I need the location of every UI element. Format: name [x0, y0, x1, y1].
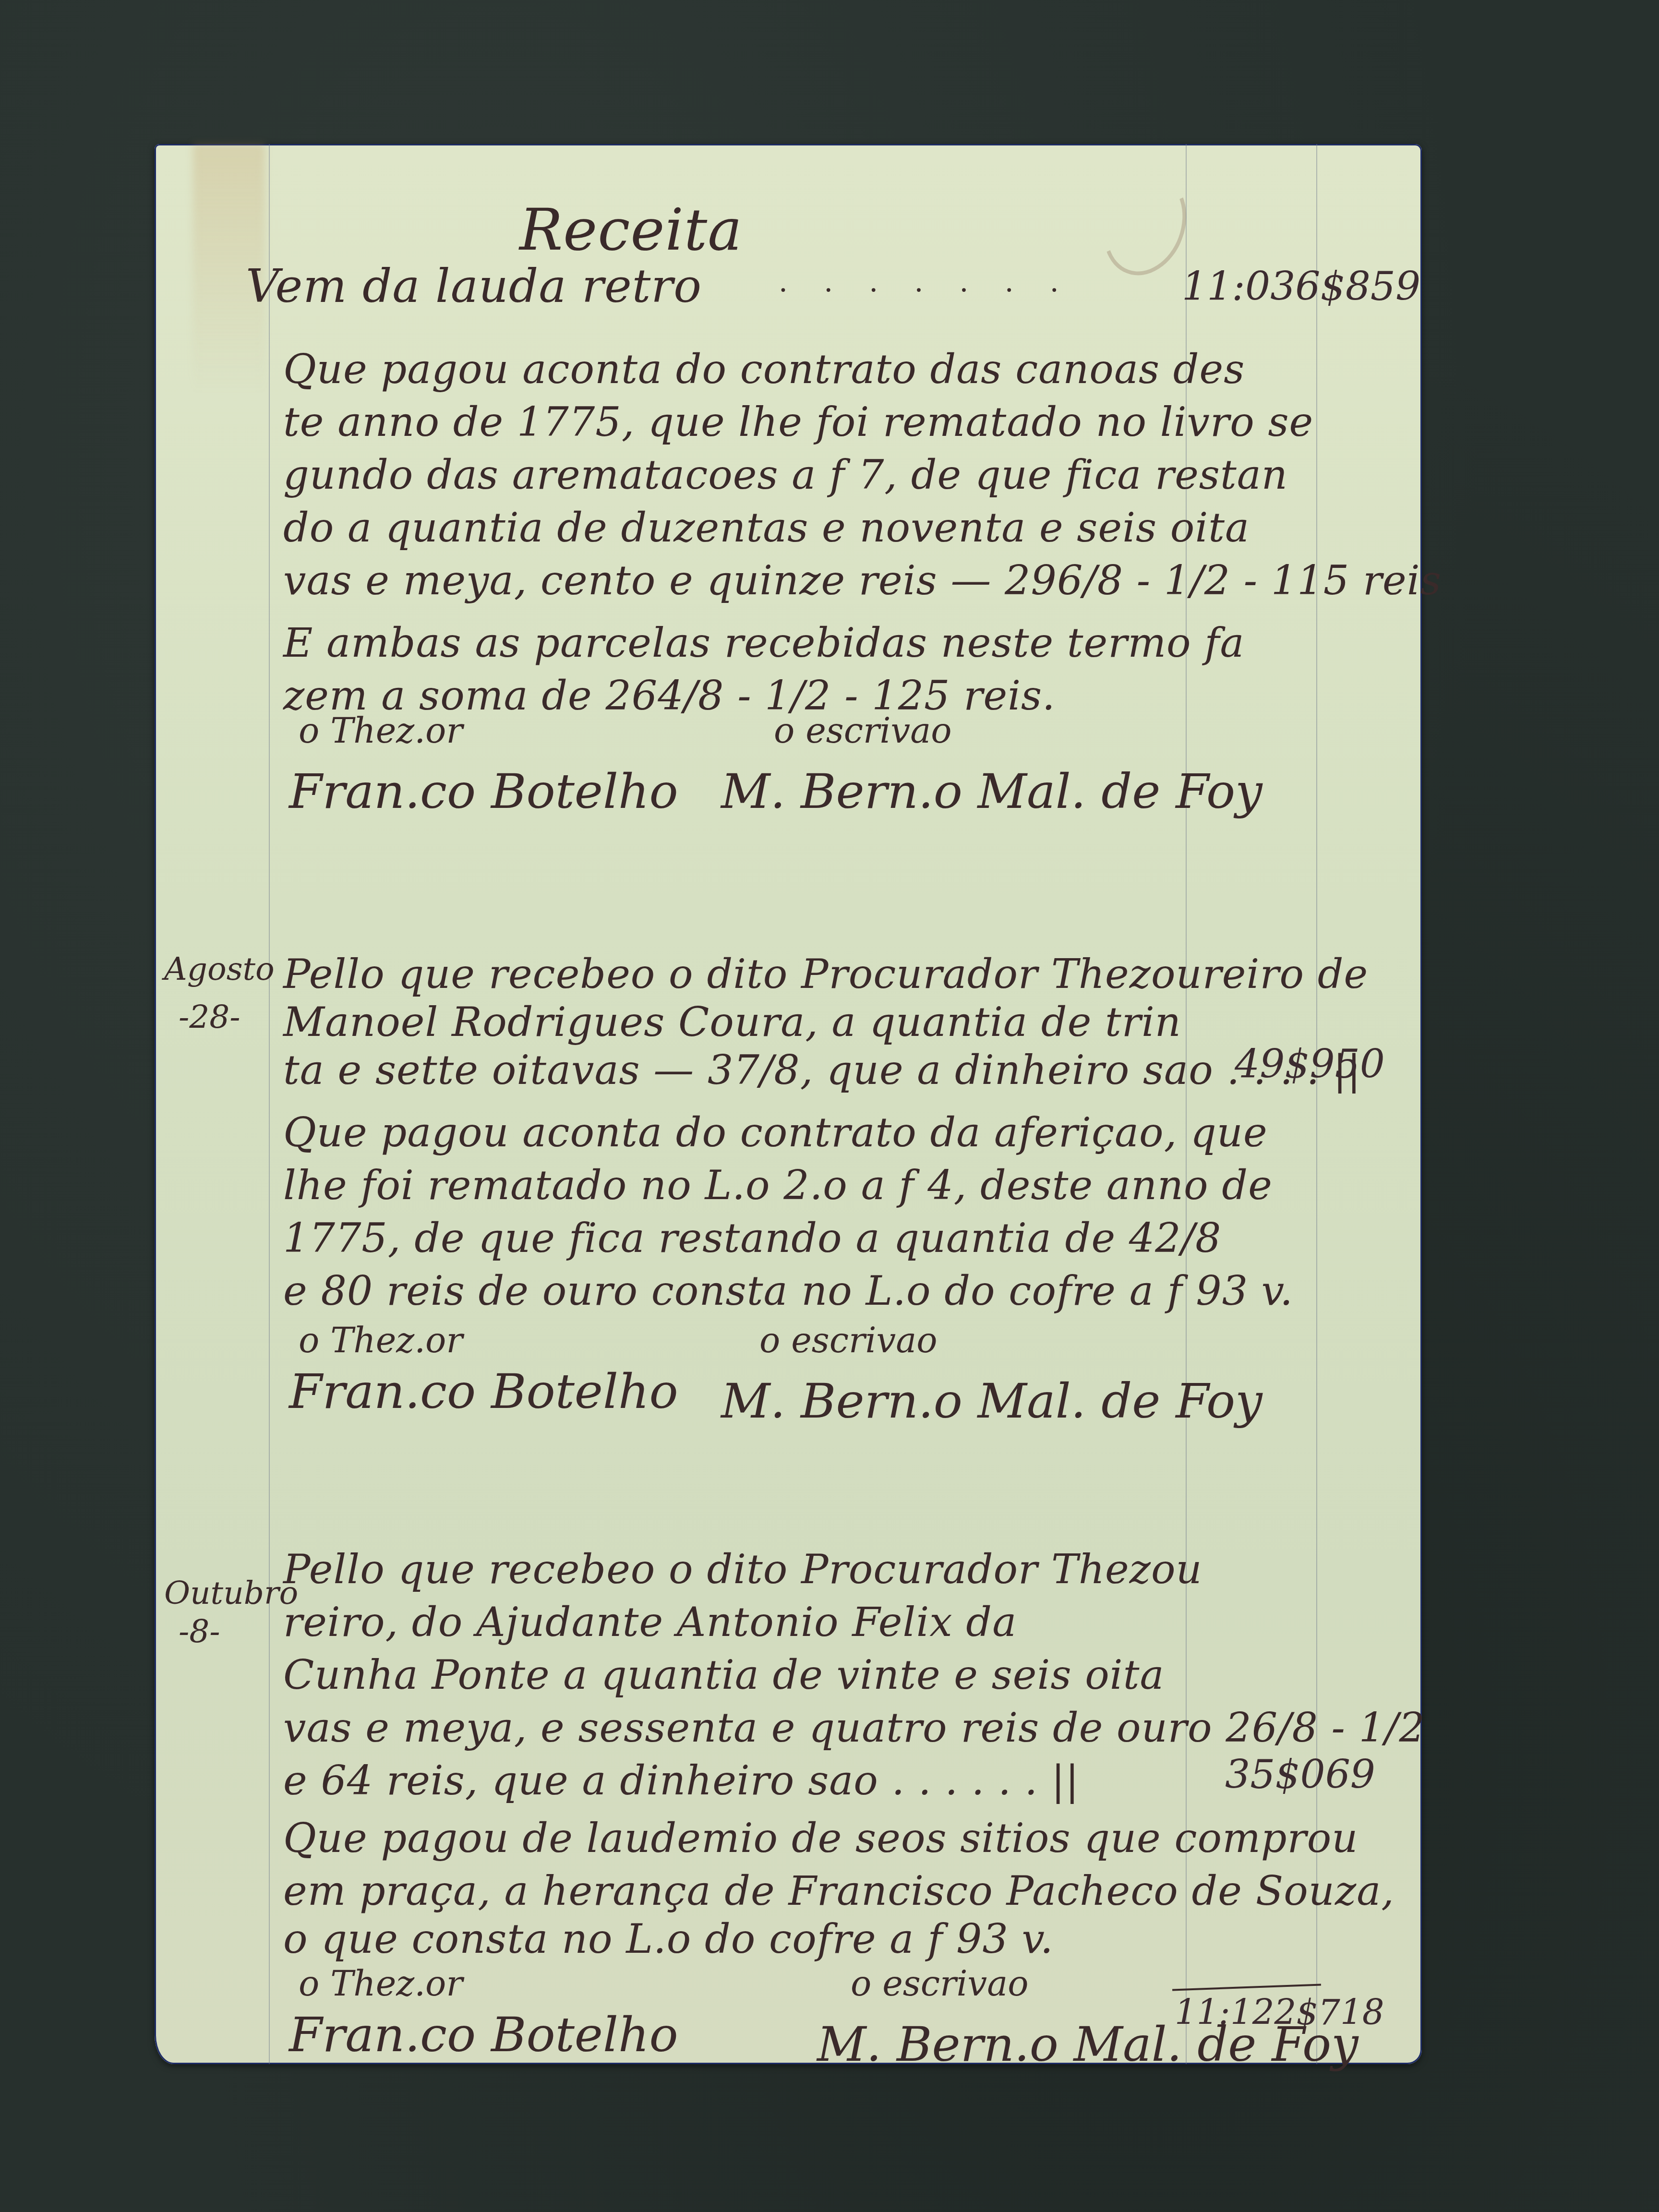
total-rule [1172, 1984, 1321, 1991]
brought-forward-amount: 11:036$859 [1182, 264, 1420, 310]
entry-line: Manoel Rodrigues Coura, a quantia de tri… [283, 998, 1181, 1046]
entry-line: Que pagou aconta do contrato das canoas … [283, 346, 1245, 393]
margin-month: Agosto [164, 950, 275, 987]
entry-line: do a quantia de duzentas e noventa e sei… [283, 504, 1250, 551]
treasurer-role: o Thez.or [299, 1963, 463, 2004]
margin-day: -28- [179, 998, 240, 1035]
margin-rule [269, 144, 270, 2064]
running-total: 11:122$718 [1175, 1992, 1384, 2032]
entry-line: Que pagou aconta do contrato da aferiçao… [283, 1109, 1268, 1156]
entry-line: 1775, de que fica restando a quantia de … [283, 1214, 1221, 1262]
entry-line: Pello que recebeo o dito Procurador Thez… [283, 1546, 1202, 1593]
entry-amount: 35$069 [1225, 1752, 1375, 1798]
clerk-role: o escrivao [851, 1963, 1029, 2004]
treasurer-signature: Fran.co Botelho [289, 1363, 678, 1419]
page-title: Receita [519, 197, 743, 264]
entry-line: vas e meya, e sessenta e quatro reis de … [283, 1704, 1425, 1751]
margin-month: Outubro [164, 1575, 298, 1611]
brought-forward-label: Vem da lauda retro [246, 259, 702, 313]
margin-day: -8- [179, 1613, 220, 1650]
ledger-page: Receita Vem da lauda retro · · · · · · ·… [155, 144, 1422, 2064]
entry-line: Pello que recebeo o dito Procurador Thez… [283, 950, 1368, 998]
entry-line: E ambas as parcelas recebidas neste term… [283, 619, 1245, 666]
clerk-role: o escrivao [759, 1320, 938, 1360]
entry-line: e 80 reis de ouro consta no L.o do cofre… [283, 1267, 1293, 1314]
entry-line: Que pagou de laudemio de seos sitios que… [283, 1815, 1358, 1862]
entry-line: em praça, a herança de Francisco Pacheco… [283, 1867, 1395, 1914]
entry-line: lhe foi rematado no L.o 2.o a f 4, deste… [283, 1162, 1273, 1209]
entry-line: o que consta no L.o do cofre a f 93 v. [283, 1915, 1054, 1962]
entry-line: reiro, do Ajudante Antonio Felix da [283, 1599, 1017, 1646]
leader-dots: · · · · · · · [779, 274, 1072, 307]
treasurer-role: o Thez.or [299, 1320, 463, 1360]
clerk-signature: M. Bern.o Mal. de Foy [721, 763, 1262, 819]
entry-line: e 64 reis, que a dinheiro sao . . . . . … [283, 1757, 1080, 1804]
clerk-signature: M. Bern.o Mal. de Foy [721, 1373, 1262, 1429]
treasurer-signature: Fran.co Botelho [289, 2007, 678, 2063]
entry-line: ta e sette oitavas — 37/8, que a dinheir… [283, 1046, 1361, 1094]
treasurer-signature: Fran.co Botelho [289, 763, 678, 819]
entry-line: te anno de 1775, que lhe foi rematado no… [283, 398, 1313, 445]
entry-line: gundo das arematacoes a f 7, de que fica… [283, 451, 1288, 498]
treasurer-role: o Thez.or [299, 710, 463, 751]
clerk-role: o escrivao [774, 710, 952, 751]
entry-amount: 49$950 [1235, 1042, 1385, 1087]
entry-line: vas e meya, cento e quinze reis — 296/8 … [283, 557, 1442, 604]
entry-line: Cunha Ponte a quantia de vinte e seis oi… [283, 1651, 1165, 1698]
